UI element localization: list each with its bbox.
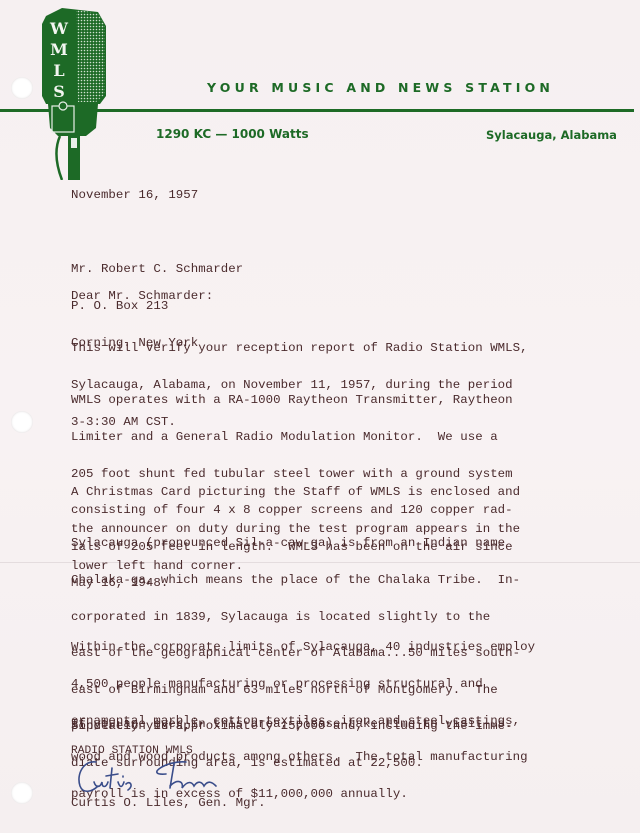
line: Limiter and a General Radio Modulation M… xyxy=(71,431,513,443)
microphone-icon: W M L S xyxy=(38,4,108,180)
line: A Christmas Card picturing the Staff of … xyxy=(71,486,520,498)
frequency-power: 1290 KC — 1000 Watts xyxy=(156,127,309,141)
closing: Sincerely yours, xyxy=(71,720,191,732)
signer-name-title: Curtis O. Liles, Gen. Mgr. xyxy=(71,797,266,809)
handwritten-signature: Curtis Liles xyxy=(74,752,244,798)
letter-date: November 16, 1957 xyxy=(71,189,198,201)
salutation: Dear Mr. Schmarder: xyxy=(71,290,213,302)
line: Sylacauga (pronounced Sil-a-caw-ga) is f… xyxy=(71,537,520,549)
punch-hole-middle xyxy=(11,411,33,433)
line: Within the corporate limits of Sylacauga… xyxy=(71,641,535,653)
station-location: Sylacauga, Alabama xyxy=(486,128,617,142)
call-letter-l: L xyxy=(53,61,64,80)
line: This will verify your reception report o… xyxy=(71,342,528,354)
call-letter-w: W xyxy=(49,19,69,38)
punch-hole-bottom xyxy=(11,782,33,804)
punch-hole-top xyxy=(11,77,33,99)
line: Chalaka-ga, which means the place of the… xyxy=(71,574,520,586)
call-letter-s: S xyxy=(53,82,65,101)
station-slogan: YOUR MUSIC AND NEWS STATION xyxy=(207,80,554,95)
call-letter-m: M xyxy=(50,40,68,59)
line: 4,500 people manufacturing or processing… xyxy=(71,678,535,690)
line: WMLS operates with a RA-1000 Raytheon Tr… xyxy=(71,394,513,406)
recipient-name: Mr. Robert C. Schmarder xyxy=(71,263,243,275)
